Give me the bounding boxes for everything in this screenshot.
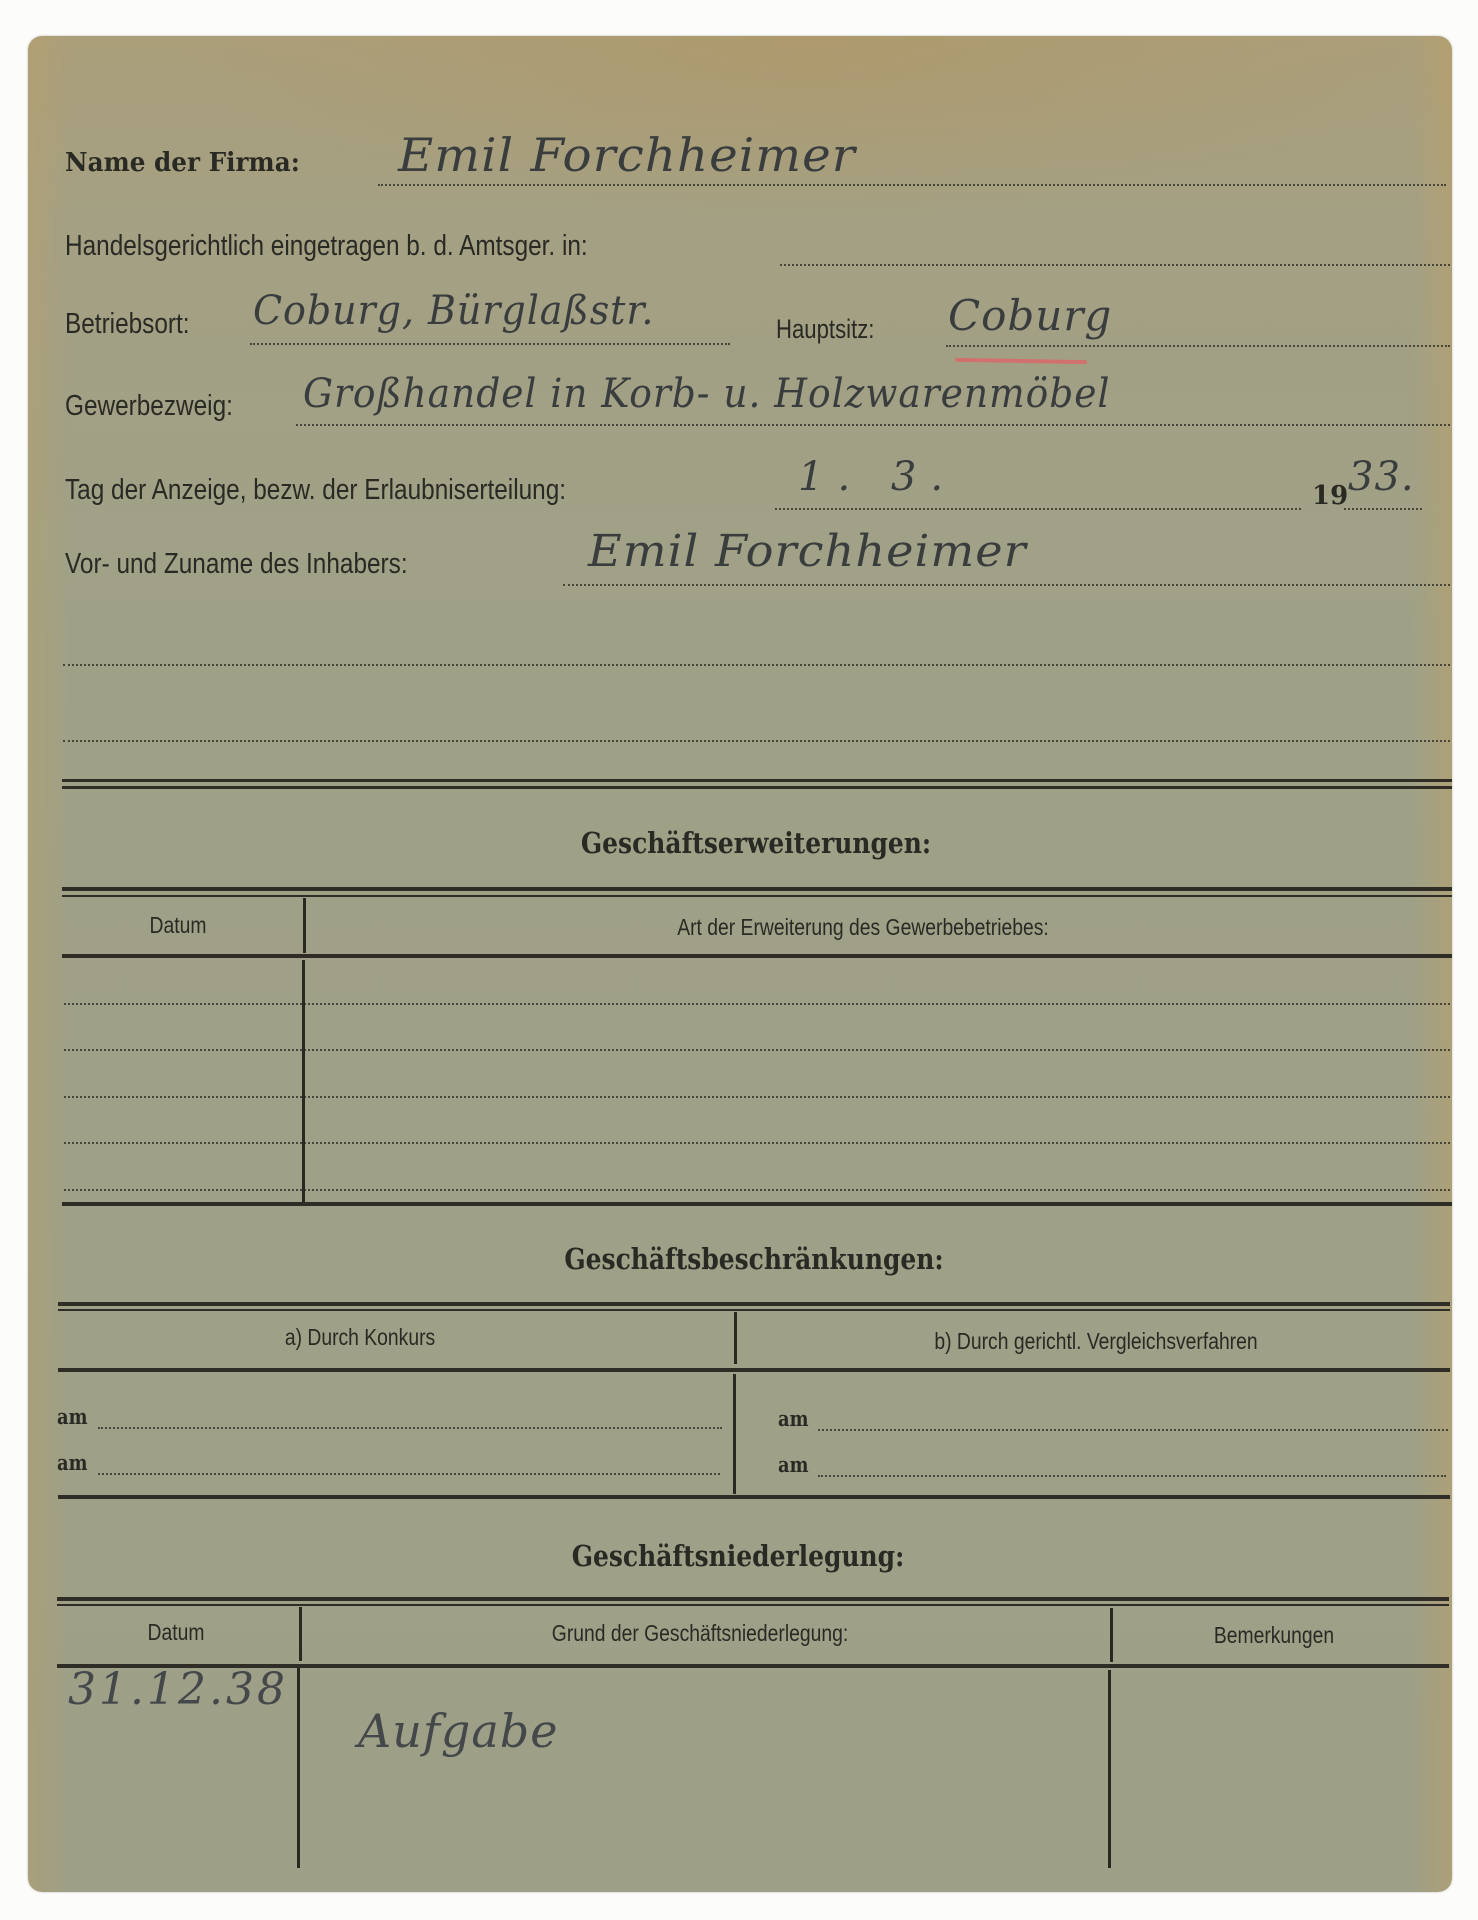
closure-body-divider-1	[297, 1668, 300, 1868]
restrictions-b-line-2[interactable]	[818, 1475, 1446, 1477]
headquarters-line	[946, 345, 1450, 347]
registered-label: Handelsgerichtlich eingetragen b. d. Amt…	[65, 230, 588, 263]
closure-rule-thick	[57, 1597, 1449, 1601]
extensions-header-divider	[303, 898, 306, 953]
extra-line-1[interactable]	[63, 664, 1450, 666]
extensions-row-line[interactable]	[64, 1189, 1450, 1191]
branch-line	[296, 424, 1450, 426]
extensions-row-line[interactable]	[64, 1096, 1450, 1098]
restrictions-b-line-1[interactable]	[818, 1429, 1448, 1431]
restrictions-rule-thin	[58, 1309, 1450, 1311]
closure-reason-value[interactable]: Aufgabe	[358, 1704, 558, 1758]
double-rule-bottom	[62, 786, 1452, 789]
extensions-row-line[interactable]	[64, 1142, 1450, 1144]
restrictions-b-am-2: am	[778, 1452, 808, 1477]
restrictions-bottom-rule	[58, 1495, 1450, 1499]
extensions-rule-thick	[62, 887, 1452, 891]
restrictions-a-am-1: am	[57, 1404, 87, 1429]
double-rule-top	[62, 779, 1452, 782]
branch-label: Gewerbezweig:	[65, 390, 233, 423]
extensions-bottom-rule	[62, 1202, 1452, 1206]
restrictions-header-divider	[734, 1312, 737, 1364]
year-prefix: 19	[1312, 481, 1348, 511]
restrictions-header-rule	[58, 1368, 1450, 1372]
registered-line[interactable]	[780, 264, 1450, 266]
extensions-row-line[interactable]	[64, 1049, 1450, 1051]
extensions-col-date: Datum	[150, 912, 207, 939]
closure-body-divider-2	[1108, 1670, 1111, 1868]
closure-header-divider-1	[299, 1607, 302, 1661]
owner-label: Vor- und Zuname des Inhabers:	[65, 548, 408, 581]
headquarters-value[interactable]: Coburg	[948, 291, 1112, 340]
firm-name-value[interactable]: Emil Forchheimer	[398, 128, 856, 182]
closure-col-reason: Grund der Geschäftsniederlegung:	[552, 1620, 848, 1647]
red-pencil-underline	[955, 358, 1087, 364]
date-value[interactable]: 1. 3.	[798, 454, 957, 500]
restrictions-col-a: a) Durch Konkurs	[285, 1324, 435, 1351]
date-label: Tag der Anzeige, bezw. der Erlaubniserte…	[65, 474, 566, 507]
owner-line	[563, 584, 1450, 586]
extensions-body-divider	[302, 960, 305, 1202]
extensions-col-type: Art der Erweiterung des Gewerbebetriebes…	[677, 914, 1049, 941]
owner-value[interactable]: Emil Forchheimer	[588, 526, 1027, 577]
date-line	[775, 508, 1301, 510]
restrictions-col-b: b) Durch gerichtl. Vergleichsverfahren	[934, 1328, 1257, 1355]
restrictions-body-divider	[733, 1374, 736, 1494]
firm-name-label: Name der Firma:	[65, 148, 300, 178]
location-line	[250, 343, 730, 345]
extra-line-2[interactable]	[63, 740, 1450, 742]
year-suffix[interactable]: 33.	[1348, 454, 1415, 500]
closure-col-remarks: Bemerkungen	[1214, 1622, 1334, 1649]
restrictions-a-line-2[interactable]	[98, 1473, 720, 1475]
restrictions-title: Geschäftsbeschränkungen:	[564, 1242, 943, 1276]
registration-card: Name der Firma: Emil Forchheimer Handels…	[28, 36, 1452, 1892]
extensions-header-rule	[62, 954, 1452, 958]
restrictions-rule-thick	[58, 1302, 1450, 1306]
extensions-rule-thin	[62, 895, 1452, 897]
firm-name-line	[378, 184, 1446, 186]
location-label: Betriebsort:	[65, 308, 190, 341]
headquarters-label: Hauptsitz:	[776, 314, 874, 345]
location-value[interactable]: Coburg, Bürglaßstr.	[253, 288, 654, 334]
year-line	[1344, 508, 1422, 510]
closure-col-date: Datum	[148, 1619, 205, 1646]
branch-value[interactable]: Großhandel in Korb- u. Holzwarenmöbel	[303, 371, 1110, 417]
extensions-row-line[interactable]	[64, 1003, 1450, 1005]
closure-title: Geschäftsniederlegung:	[572, 1539, 905, 1573]
restrictions-a-am-2: am	[57, 1450, 87, 1475]
closure-rule-thin	[57, 1604, 1449, 1606]
closure-date-value[interactable]: 31.12.38	[68, 1664, 288, 1715]
extensions-title: Geschäftserweiterungen:	[581, 826, 931, 860]
closure-header-divider-2	[1110, 1608, 1113, 1662]
restrictions-a-line-1[interactable]	[98, 1427, 722, 1429]
restrictions-b-am-1: am	[778, 1406, 808, 1431]
